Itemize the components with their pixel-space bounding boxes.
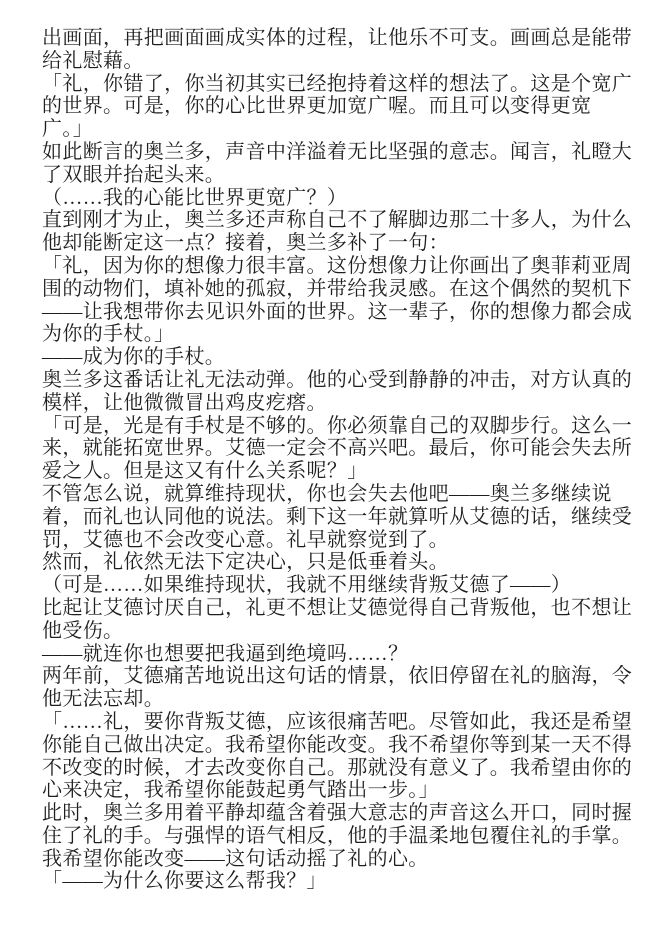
text-line: 住了礼的手。与强悍的语气相反，他的手温柔地包覆住礼的手掌。: [42, 825, 642, 848]
text-line: 「……礼，要你背叛艾德，应该很痛苦吧。尽管如此，我还是希望: [42, 711, 642, 734]
text-line: 如此断言的奥兰多，声音中洋溢着无比坚强的意志。闻言，礼瞪大: [42, 141, 642, 164]
text-line: 此时，奥兰多用着平静却蕴含着强大意志的声音这么开口，同时握: [42, 802, 642, 825]
text-line: ——成为你的手杖。: [42, 346, 642, 369]
text-line: 他无法忘却。: [42, 688, 642, 711]
text-line: 我希望你能改变——这句话动摇了礼的心。: [42, 848, 642, 871]
text-line: （……我的心能比世界更宽广？）: [42, 187, 642, 210]
text-line: 着，而礼也认同他的说法。剩下这一年就算听从艾德的话，继续受: [42, 506, 642, 529]
text-line: 心来决定，我希望你能鼓起勇气踏出一步。」: [42, 779, 642, 802]
text-line: 你能自己做出决定。我希望你能改变。我不希望你等到某一天不得: [42, 734, 642, 757]
text-line: 「礼，因为你的想像力很丰富。这份想像力让你画出了奥菲莉亚周: [42, 255, 642, 278]
text-line: 围的动物们，填补她的孤寂，并带给我灵感。在这个偶然的契机下: [42, 278, 642, 301]
text-line: 「礼，你错了，你当初其实已经抱持着这样的想法了。这是个宽广: [42, 73, 642, 96]
text-line: 「可是，光是有手杖是不够的。你必须靠自己的双脚步行。这么一: [42, 415, 642, 438]
text-line: 不改变的时候，才去改变你自己。那就没有意义了。我希望由你的: [42, 757, 642, 780]
text-line: 然而，礼依然无法下定决心，只是低垂着头。: [42, 551, 642, 574]
text-line: ——让我想带你去见识外面的世界。这一辈子，你的想像力都会成: [42, 301, 642, 324]
text-line: 他受伤。: [42, 620, 642, 643]
text-line: 的世界。可是，你的心比世界更加宽广喔。而且可以变得更宽: [42, 95, 642, 118]
text-line: 广。」: [42, 118, 642, 141]
text-line: 罚，艾德也不会改变心意。礼早就察觉到了。: [42, 529, 642, 552]
text-line: 为你的手杖。」: [42, 323, 642, 346]
text-line: 比起让艾德讨厌自己，礼更不想让艾德觉得自己背叛他，也不想让: [42, 597, 642, 620]
text-line: 他却能断定这一点？接着，奥兰多补了一句：: [42, 232, 642, 255]
text-line: 给礼慰藉。: [42, 50, 642, 73]
text-line: 模样，让他微微冒出鸡皮疙瘩。: [42, 392, 642, 415]
text-line: 爱之人。但是这又有什么关系呢？」: [42, 460, 642, 483]
novel-page: 出画面，再把画面画成实体的过程，让他乐不可支。画画总是能带给礼慰藉。「礼，你错了…: [0, 0, 662, 935]
text-line: 奥兰多这番话让礼无法动弹。他的心受到静静的冲击，对方认真的: [42, 369, 642, 392]
text-line: 「——为什么你要这么帮我？」: [42, 870, 642, 893]
text-line: 出画面，再把画面画成实体的过程，让他乐不可支。画画总是能带: [42, 27, 642, 50]
text-line: 了双眼并抬起头来。: [42, 164, 642, 187]
text-line: 直到刚才为止，奥兰多还声称自己不了解脚边那二十多人，为什么: [42, 209, 642, 232]
page-text: 出画面，再把画面画成实体的过程，让他乐不可支。画画总是能带给礼慰藉。「礼，你错了…: [42, 27, 642, 893]
text-line: 来，就能拓宽世界。艾德一定会不高兴吧。最后，你可能会失去所: [42, 437, 642, 460]
text-line: ——就连你也想要把我逼到绝境吗……？: [42, 643, 642, 666]
text-line: （可是……如果维持现状，我就不用继续背叛艾德了——）: [42, 574, 642, 597]
text-line: 两年前，艾德痛苦地说出这句话的情景，依旧停留在礼的脑海，令: [42, 665, 642, 688]
text-line: 不管怎么说，就算维持现状，你也会失去他吧——奥兰多继续说: [42, 483, 642, 506]
